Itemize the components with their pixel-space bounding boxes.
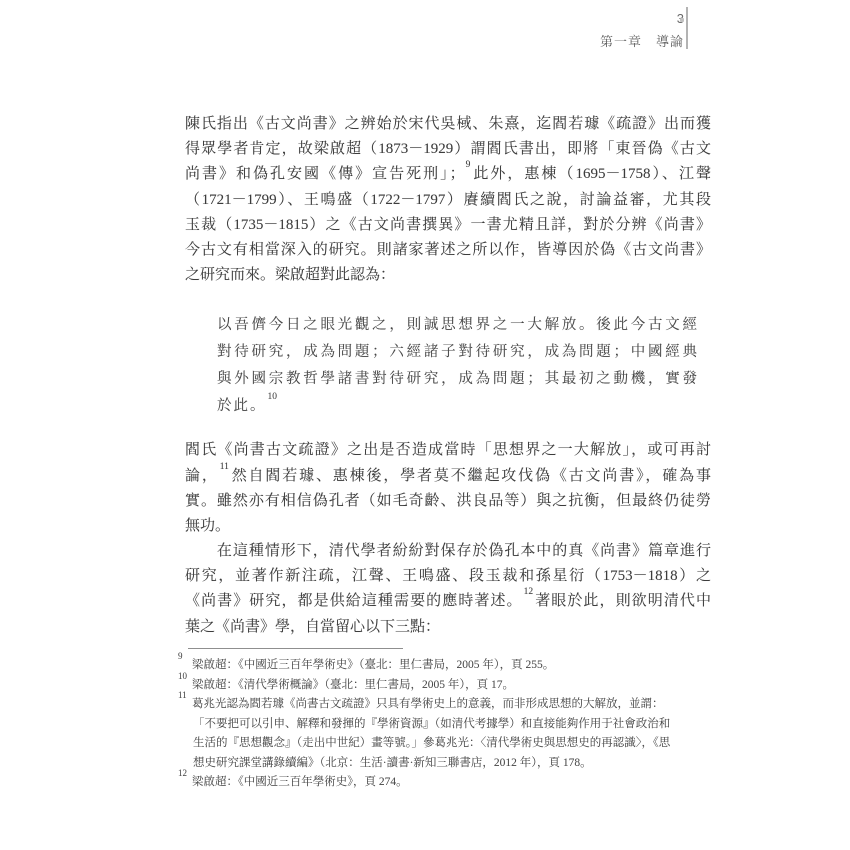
footnote-ref: 12 (524, 587, 534, 597)
text-line: 今古文有相當深入的研究。則諸家著述之所以作，皆導因於偽《古文尚書》 (185, 238, 711, 263)
text-line: 《尚書》研究，都是供給這種需要的應時著述。12著眼於此，則欲明清代中 (185, 589, 711, 614)
footnote-line: 9梁啟超：《中國近三百年學術史》（臺北：里仁書局，2005 年），頁 255。 (178, 656, 726, 676)
text-line: 得眾學者肯定，故梁啟超（1873－1929）謂閻氏書出，即將「東晉偽《古文 (185, 137, 711, 162)
text-line: 研究，並著作新注疏，江聲、王鳴盛、段玉裁和孫星衍（1753－1818）之 (185, 564, 711, 589)
footnote-ref: 11 (220, 462, 229, 472)
text-line: 與外國宗教哲學諸書對待研究，成為問題；其最初之動機，實發 (217, 366, 699, 393)
book-page: 3 第一章 導論 陳氏指出《古文尚書》之辨始於宋代吳棫、朱熹，迄閻若璩《疏證》出… (0, 0, 850, 850)
text-paragraph: 陳氏指出《古文尚書》之辨始於宋代吳棫、朱熹，迄閻若璩《疏證》出而獲得眾學者肯定，… (185, 112, 711, 288)
text-line: 對待研究，成為問題；六經諸子對待研究，成為問題；中國經典 (217, 339, 699, 366)
footnote-item: 12梁啟超：《中國近三百年學術史》，頁 274。 (178, 773, 726, 793)
text-line: 於此。10 (217, 393, 699, 420)
footnote-line: 11葛兆光認為閻若璩《尚書古文疏證》只具有學術史上的意義，而非形成思想的大解放，… (178, 695, 726, 715)
text-line: 實。雖然亦有相信偽孔者（如毛奇齡、洪良品等）與之抗衡，但最終仍徒勞 (185, 489, 711, 514)
text-line: 無功。 (185, 514, 711, 539)
footnote-ref: 10 (268, 392, 278, 402)
block-quote: 以吾儕今日之眼光觀之，則誠思想界之一大解放。後此今古文經對待研究，成為問題；六經… (217, 312, 699, 420)
header-dot (680, 18, 684, 22)
footnote-item: 9梁啟超：《中國近三百年學術史》（臺北：里仁書局，2005 年），頁 255。 (178, 656, 726, 676)
text-line: 以吾儕今日之眼光觀之，則誠思想界之一大解放。後此今古文經 (217, 312, 699, 339)
text-line: 閻氏《尚書古文疏證》之出是否造成當時「思想界之一大解放」，或可再討 (185, 438, 711, 463)
text-paragraph: 在這種情形下，清代學者紛紛對保存於偽孔本中的真《尚書》篇章進行研究，並著作新注疏… (185, 539, 711, 640)
text-line: 論，11然自閻若璩、惠棟後，學者莫不繼起攻伐偽《古文尚書》，確為事 (185, 464, 711, 489)
footnote-list: 9梁啟超：《中國近三百年學術史》（臺北：里仁書局，2005 年），頁 255。1… (178, 656, 726, 793)
text-line: 玉裁（1735－1815）之《古文尚書撰異》一書尤精且詳，對於分辨《尚書》 (185, 213, 711, 238)
running-header-chapter: 第一章 導論 (600, 31, 684, 50)
page-body: 陳氏指出《古文尚書》之辨始於宋代吳棫、朱熹，迄閻若璩《疏證》出而獲得眾學者肯定，… (185, 112, 711, 640)
footnote-ref: 9 (466, 160, 471, 170)
footnote-line: 「不要把可以引申、解釋和發揮的『學術資源』（如清代考據學）和直接能夠作用于社會政… (178, 715, 726, 735)
footnote-area: 9梁啟超：《中國近三百年學術史》（臺北：里仁書局，2005 年），頁 255。1… (178, 645, 726, 793)
text-line: 陳氏指出《古文尚書》之辨始於宋代吳棫、朱熹，迄閻若璩《疏證》出而獲 (185, 112, 711, 137)
header-vertical-rule (686, 7, 688, 49)
text-paragraph: 閻氏《尚書古文疏證》之出是否造成當時「思想界之一大解放」，或可再討論，11然自閻… (185, 438, 711, 539)
footnote-line: 生活的『思想觀念』（走出中世紀）畫等號。」參葛兆光：〈清代學術史與思想史的再認識… (178, 734, 726, 754)
text-line: （1721－1799）、王鳴盛（1722－1797）賡續閻氏之說，討論益審，尤其… (185, 188, 711, 213)
text-line: 之研究而來。梁啟超對此認為： (185, 263, 711, 288)
footnote-item: 11葛兆光認為閻若璩《尚書古文疏證》只具有學術史上的意義，而非形成思想的大解放，… (178, 695, 726, 773)
footnote-item: 10梁啟超：《清代學術概論》（臺北：里仁書局，2005 年），頁 17。 (178, 676, 726, 696)
text-line: 在這種情形下，清代學者紛紛對保存於偽孔本中的真《尚書》篇章進行 (185, 539, 711, 564)
text-line: 葉之《尚書》學，自當留心以下三點： (185, 615, 711, 640)
footnote-line: 想史研究課堂講錄續編》（北京：生活·讀書·新知三聯書店，2012 年），頁 17… (178, 754, 726, 774)
footnote-separator (188, 648, 403, 649)
footnote-line: 10梁啟超：《清代學術概論》（臺北：里仁書局，2005 年），頁 17。 (178, 676, 726, 696)
footnote-line: 12梁啟超：《中國近三百年學術史》，頁 274。 (178, 773, 726, 793)
text-line: 尚書》和偽孔安國《傳》宣告死刑」；9此外，惠棟（1695－1758）、江聲 (185, 162, 711, 187)
